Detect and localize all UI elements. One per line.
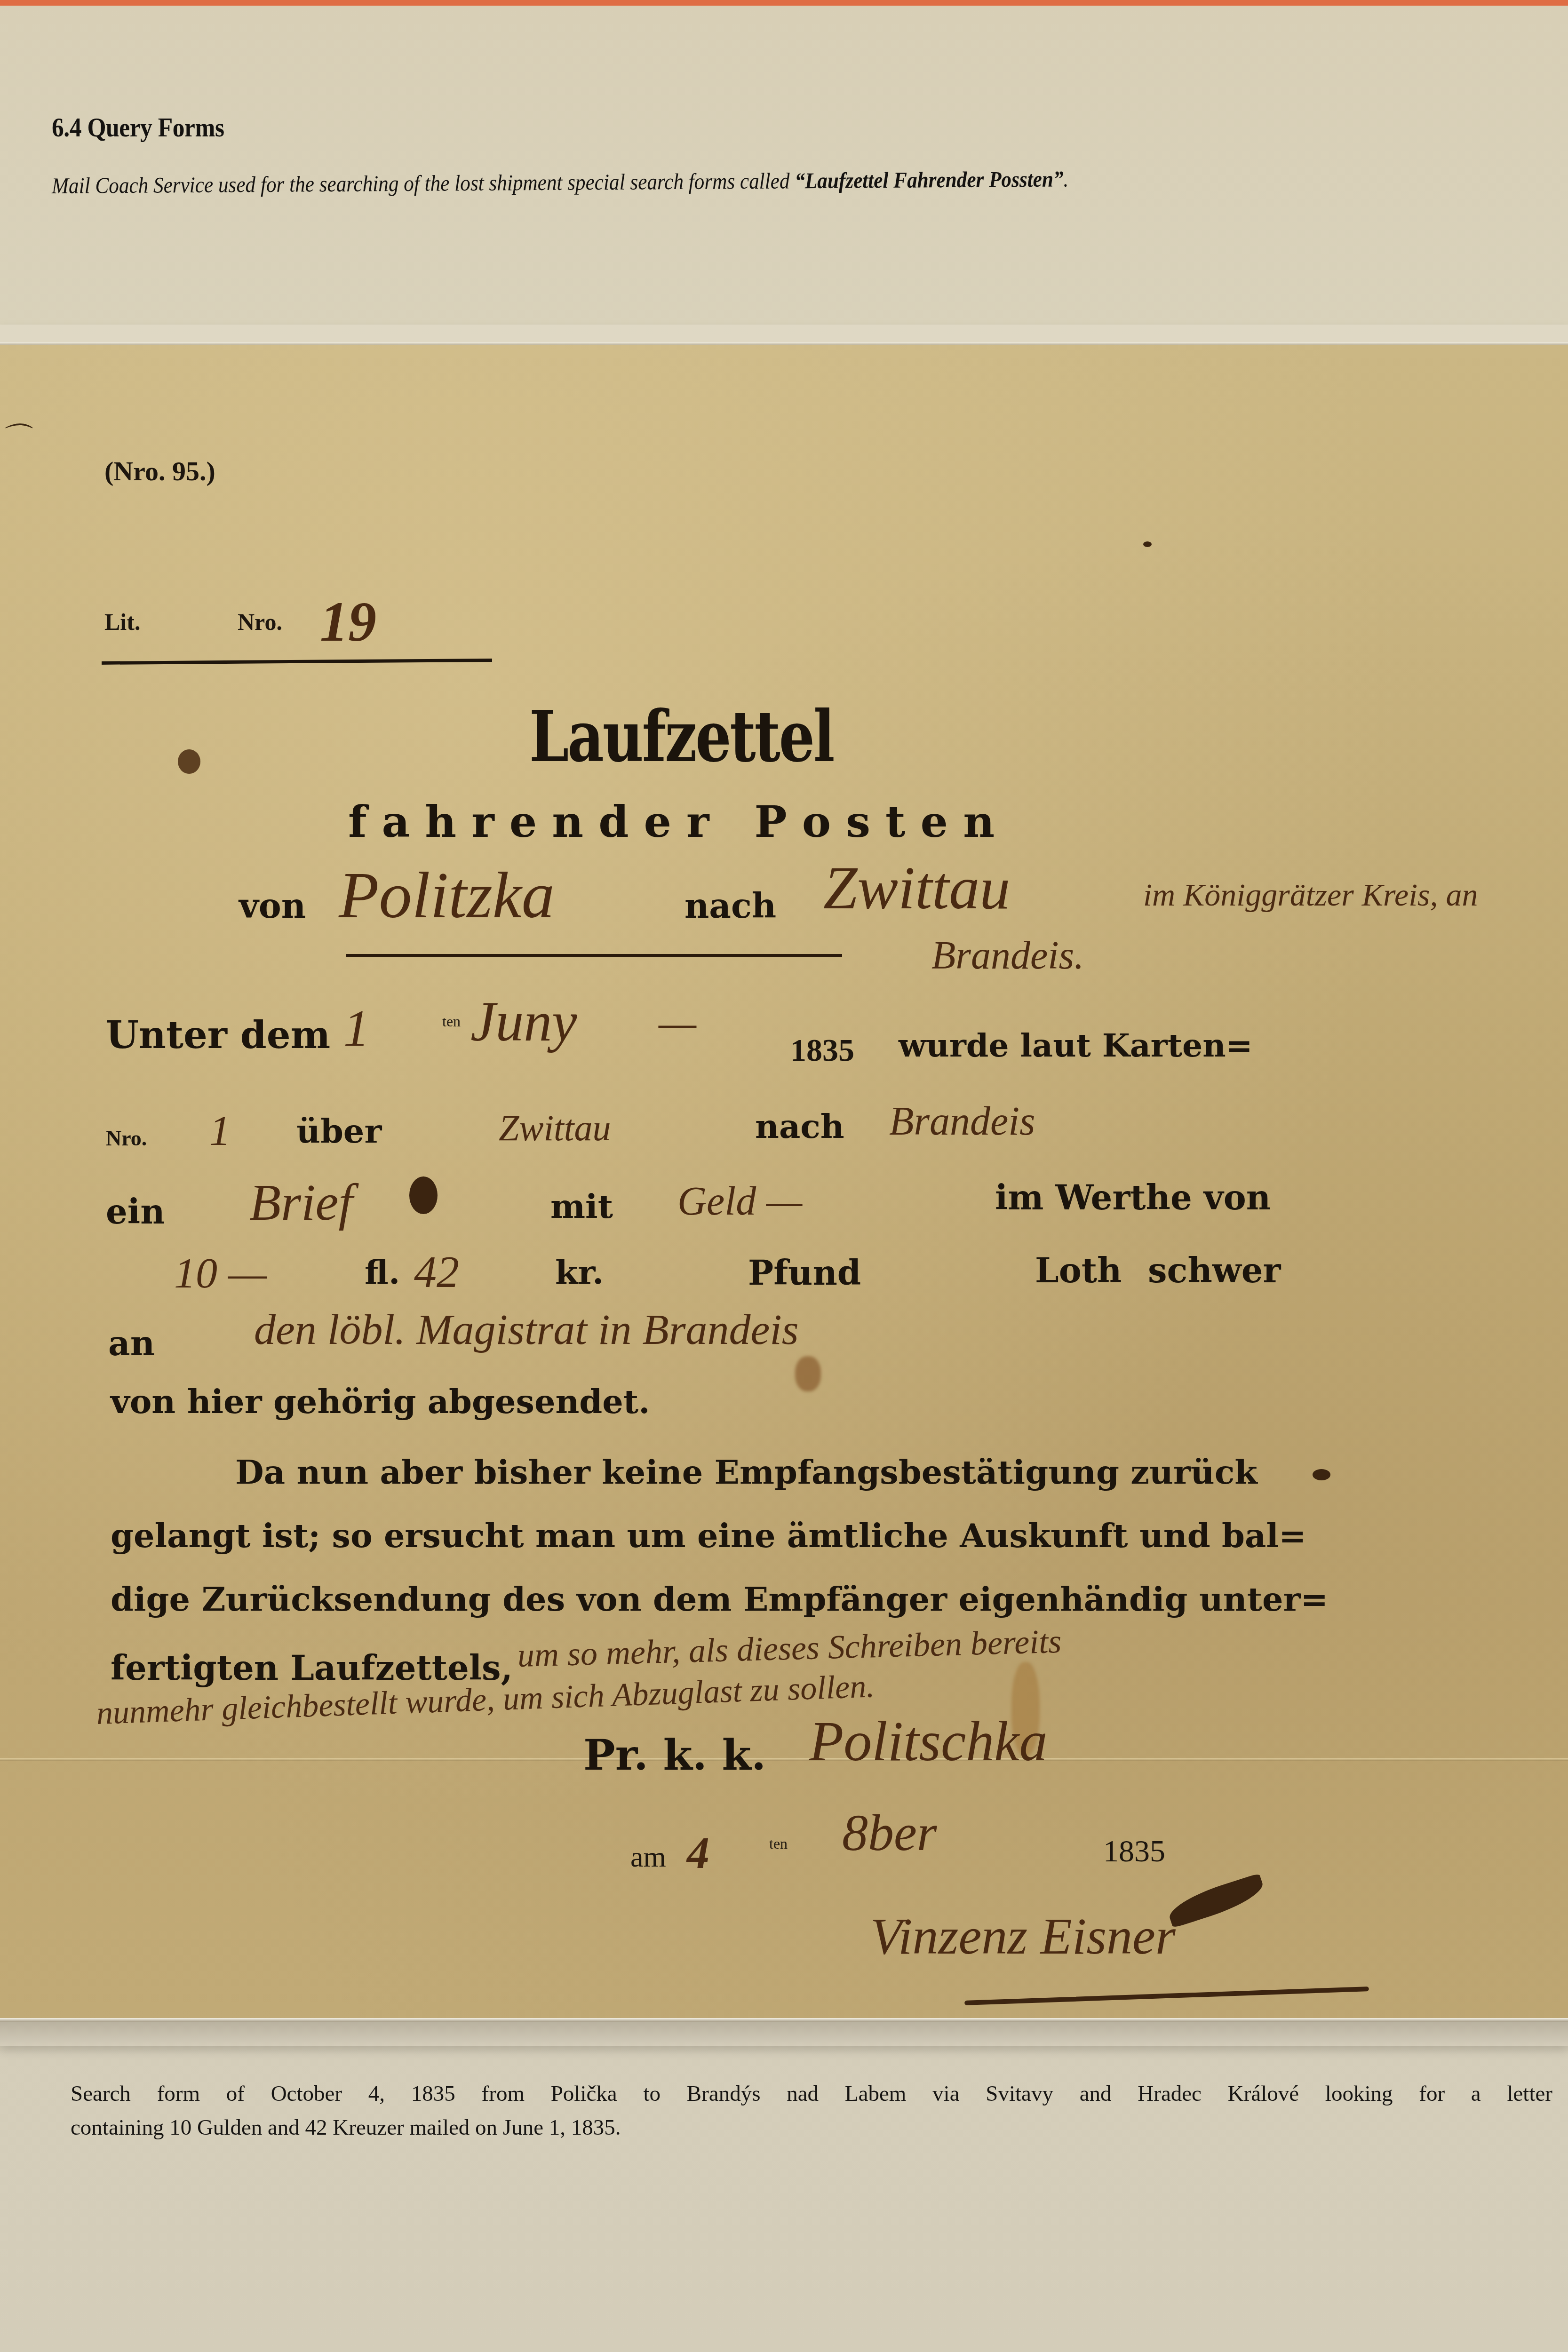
laufzettel-form: ⌒ (Nro. 95.) Lit. Nro. 19 Laufzettel f a… xyxy=(0,345,1568,2018)
date-month: 8ber xyxy=(842,1803,937,1863)
recipient: den löbl. Magistrat in Brandeis xyxy=(254,1304,799,1354)
nro-label: Nro. xyxy=(238,608,282,636)
nro-value: 19 xyxy=(320,589,376,654)
accent-strip xyxy=(0,0,1568,6)
via-town: Zwittau xyxy=(499,1107,611,1149)
stain xyxy=(795,1356,821,1391)
route-underline xyxy=(346,954,842,957)
nach2-label: nach xyxy=(755,1107,844,1146)
ein-label: ein xyxy=(106,1192,165,1232)
lit-label: Lit. xyxy=(104,608,140,636)
caption-line-2: containing 10 Gulden and 42 Kreuzer mail… xyxy=(71,2111,1552,2145)
nach-label: nach xyxy=(685,886,776,926)
von-label: von xyxy=(239,886,306,926)
addendum-line-1: um so mehr, als dieses Schreiben bereits xyxy=(517,1622,1062,1675)
route-to-note: im Königgrätzer Kreis, an xyxy=(1143,876,1478,914)
office-label: Pr. k. k. xyxy=(583,1730,766,1780)
day: 1 xyxy=(343,999,369,1058)
form-number: (Nro. 95.) xyxy=(104,455,215,487)
section-heading: 6.4 Query Forms xyxy=(52,113,224,143)
loth-label: Loth xyxy=(1035,1250,1122,1290)
fold-crease xyxy=(0,1758,1568,1761)
body-line-3: dige Zurücksendung des von dem Empfänger… xyxy=(111,1580,1328,1619)
body-line-4: fertigten Laufzettels, xyxy=(111,1648,513,1688)
kr-label: kr. xyxy=(555,1253,604,1292)
office-place: Politschka xyxy=(809,1709,1048,1774)
item-type: Brief xyxy=(249,1173,353,1232)
karten-text: wurde laut Karten= xyxy=(899,1027,1253,1065)
body-line-2: gelangt ist; so ersucht man um eine ämtl… xyxy=(111,1516,1306,1555)
sleeve-top-edge xyxy=(0,342,1568,345)
ink-blot-large xyxy=(409,1176,438,1214)
year: 1835 xyxy=(790,1032,854,1069)
sleeve-bottom-edge xyxy=(0,2018,1568,2022)
nro2-label: Nro. xyxy=(106,1126,147,1151)
month: Juny xyxy=(470,989,577,1054)
kreuzer-value: 42 xyxy=(414,1246,459,1298)
route-destination: Brandeis. xyxy=(931,933,1084,978)
date-year: 1835 xyxy=(1103,1834,1165,1869)
caption-line-1: Search form of October 4, 1835 from Poli… xyxy=(71,2077,1552,2111)
signature-underline xyxy=(964,1986,1369,2005)
signature-flourish xyxy=(1165,1873,1267,1928)
schwer-label: schwer xyxy=(1148,1250,1281,1290)
date-day: 4 xyxy=(687,1827,709,1879)
route-to: Zwittau xyxy=(823,853,1010,923)
body-line-1: Da nun aber bisher keine Empfangsbestäti… xyxy=(235,1453,1258,1492)
ink-speck-right xyxy=(1313,1469,1330,1480)
exhibit-caption: Search form of October 4, 1835 from Poli… xyxy=(71,2077,1552,2145)
sleeve-shadow xyxy=(0,2022,1568,2055)
ten-suffix: ten xyxy=(442,1013,461,1030)
quoted-term: “Laufzettel Fahrender Possten” xyxy=(795,167,1063,193)
werthe-label: im Werthe von xyxy=(995,1177,1271,1217)
dash: — xyxy=(659,999,696,1047)
date-ten: ten xyxy=(769,1835,788,1852)
ink-speck xyxy=(1143,541,1152,547)
gulden-value: 10 — xyxy=(174,1248,267,1298)
an-label: an xyxy=(108,1323,155,1363)
dest-town: Brandeis xyxy=(889,1097,1035,1144)
nro2-value: 1 xyxy=(209,1107,231,1155)
form-title: Laufzettel xyxy=(529,695,833,778)
fl-label: fl. xyxy=(365,1253,400,1292)
sent-line: von hier gehörig abgesendet. xyxy=(111,1382,650,1421)
mit-label: mit xyxy=(550,1187,613,1226)
form-subtitle: f a h r e n d e r P o s t e n xyxy=(348,796,995,847)
date-am: am xyxy=(630,1841,666,1874)
ink-blot xyxy=(178,749,200,774)
corner-tear-mark: ⌒ xyxy=(0,415,28,456)
route-from: Politzka xyxy=(339,858,555,933)
content-type: Geld — xyxy=(677,1177,802,1224)
signature: Vinzenz Eisner xyxy=(870,1907,1176,1966)
ueber-label: über xyxy=(296,1112,382,1151)
nro-underline xyxy=(102,659,492,665)
pfund-label: Pfund xyxy=(748,1253,861,1293)
unter-label: Unter dem xyxy=(106,1013,330,1057)
